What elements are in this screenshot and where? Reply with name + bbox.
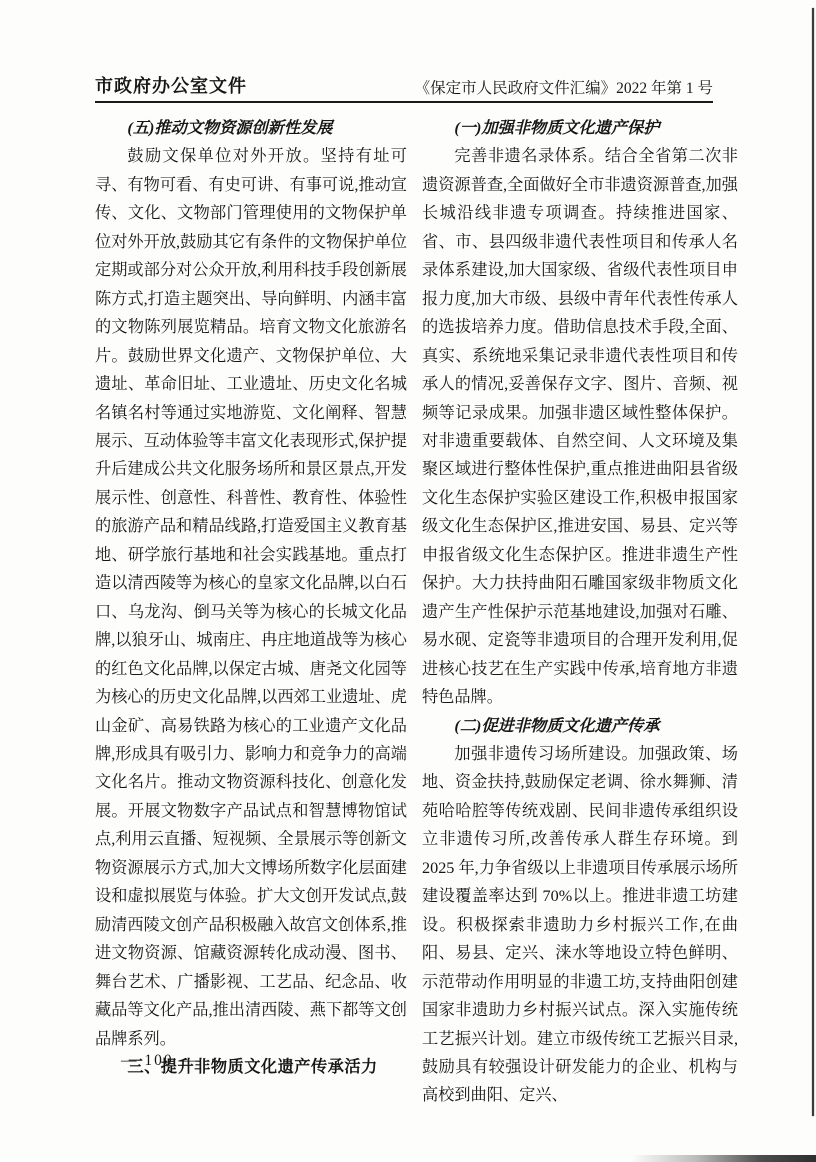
left-column: (五)推动文物资源创新性发展 鼓励文保单位对外开放。坚持有址可寻、有物可看、有史… <box>95 114 407 1110</box>
heading-subsection-2: (二)促进非物质文化遗产传承 <box>422 712 738 740</box>
scan-right-edge-artifact <box>812 8 814 1116</box>
heading-subsection-1: (一)加强非物质文化遗产保护 <box>422 114 738 142</box>
right-column: (一)加强非物质文化遗产保护 完善非遗名录体系。结合全省第二次非遗资源普查,全面… <box>422 114 738 1110</box>
body-columns: (五)推动文物资源创新性发展 鼓励文保单位对外开放。坚持有址可寻、有物可看、有史… <box>95 114 738 1110</box>
page-number: — 100 — <box>121 1052 197 1070</box>
header-document-category: 市政府办公室文件 <box>95 72 247 98</box>
document-page: 市政府办公室文件 《保定市人民政府文件汇编》2022 年第 1 号 (五)推动文… <box>0 0 816 1162</box>
page-header: 市政府办公室文件 《保定市人民政府文件汇编》2022 年第 1 号 <box>95 72 713 98</box>
scan-bottom-smudge-artifact <box>631 1155 816 1162</box>
right-column-paragraph-2: 加强非遗传习场所建设。加强政策、场地、资金扶持,鼓励保定老调、徐水舞狮、清苑哈哈… <box>422 740 738 1110</box>
left-column-paragraph: 鼓励文保单位对外开放。坚持有址可寻、有物可看、有史可讲、有事可说,推动宣传、文化… <box>95 142 407 1053</box>
header-compilation-title: 《保定市人民政府文件汇编》2022 年第 1 号 <box>415 76 713 98</box>
header-divider-rule <box>95 101 713 103</box>
right-column-paragraph-1: 完善非遗名录体系。结合全省第二次非遗资源普查,全面做好全市非遗资源普查,加强长城… <box>422 142 738 711</box>
heading-section-5: (五)推动文物资源创新性发展 <box>95 114 407 142</box>
